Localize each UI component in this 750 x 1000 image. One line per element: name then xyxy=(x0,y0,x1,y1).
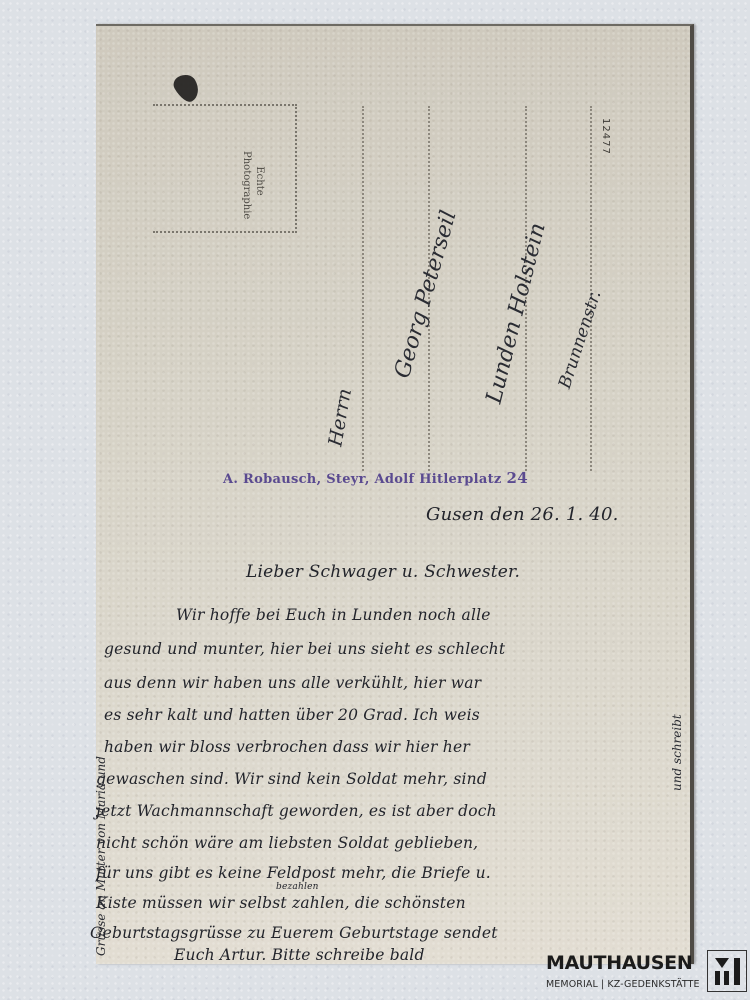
message-line: für uns gibt es keine Feldpost mehr, die… xyxy=(96,864,491,882)
postcard: Echte Photographie 12477 Herrn Georg Pet… xyxy=(96,24,694,964)
message-line: jetzt Wachmannschaft geworden, es ist ab… xyxy=(96,802,497,820)
message-line: Kiste müssen wir selbst zahlen, die schö… xyxy=(96,894,466,912)
watermark-title: MAUTHAUSEN xyxy=(546,952,692,974)
address-line1: Herrn xyxy=(324,387,356,448)
margin-note-right: und schreibt xyxy=(670,714,684,791)
address-line-1 xyxy=(362,106,364,471)
address-line3: Lunden Holstein xyxy=(482,220,551,406)
ink-blot xyxy=(170,70,203,105)
correction-note: bezahlen xyxy=(276,882,319,892)
message-line: aus denn wir haben uns alle verkühlt, hi… xyxy=(104,674,481,692)
salutation: Lieber Schwager u. Schwester. xyxy=(246,562,520,582)
watermark-subtitle: MEMORIAL | KZ-GEDENKSTÄTTE xyxy=(546,979,700,990)
publisher-stamp: A. Robausch, Steyr, Adolf Hitlerplatz 24 xyxy=(223,469,528,487)
mauthausen-logo-icon xyxy=(707,950,747,992)
serial-number: 12477 xyxy=(600,118,611,155)
message-line: Geburtstagsgrüsse zu Euerem Geburtstage … xyxy=(90,924,498,942)
message-line: gesund und munter, hier bei uns sieht es… xyxy=(104,640,505,658)
margin-note-left: Grüsse an Mutter von Maria und xyxy=(94,756,108,956)
photo-label: Echte Photographie xyxy=(176,151,266,211)
address-line4: Brunnenstr. xyxy=(555,288,605,391)
message-line: Euch Artur. Bitte schreibe bald xyxy=(174,946,425,964)
message-line: gewaschen sind. Wir sind kein Soldat meh… xyxy=(96,770,487,788)
message-line: Wir hoffe bei Euch in Lunden noch alle xyxy=(176,606,491,624)
place-date: Gusen den 26. 1. 40. xyxy=(426,504,619,525)
message-line: es sehr kalt und hatten über 20 Grad. Ic… xyxy=(104,706,480,724)
address-line2: Georg Peterseil xyxy=(390,208,462,381)
message-line: haben wir bloss verbrochen dass wir hier… xyxy=(104,738,470,756)
mauthausen-memorial-watermark: MAUTHAUSEN MEMORIAL | KZ-GEDENKSTÄTTE xyxy=(545,946,750,1000)
message-line: nicht schön wäre am liebsten Soldat gebl… xyxy=(96,834,478,852)
